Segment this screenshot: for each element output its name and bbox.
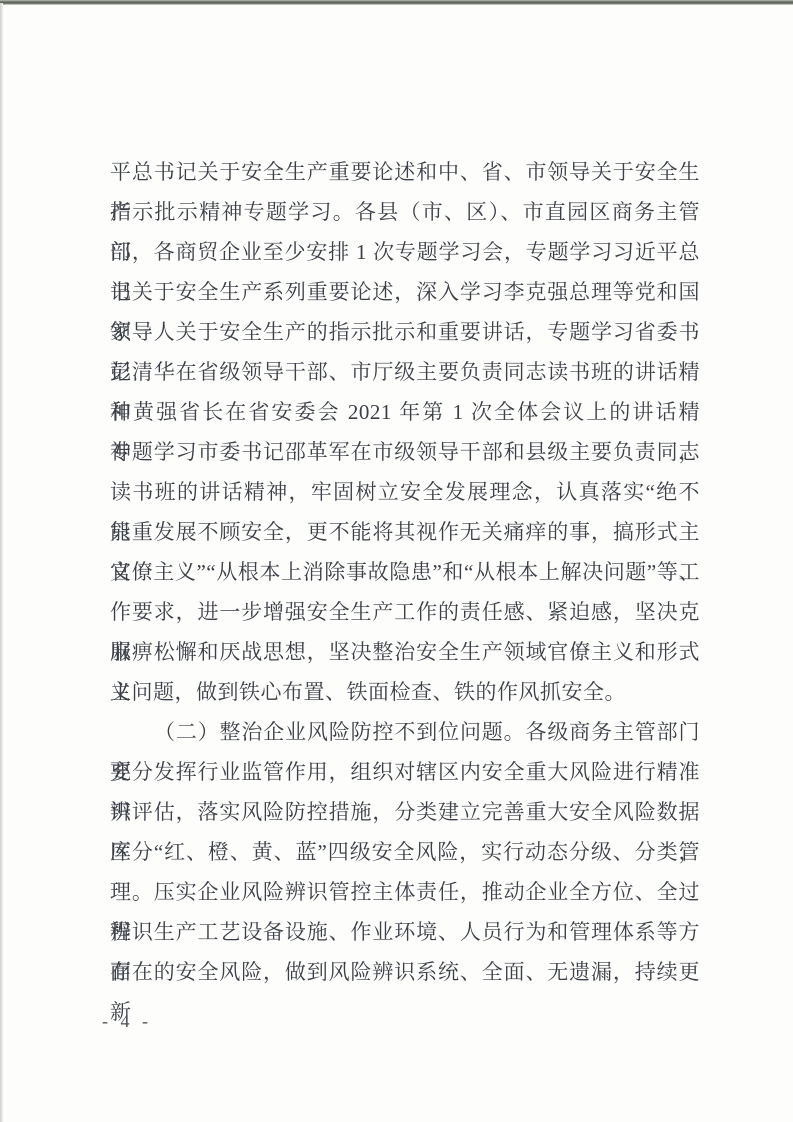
text-line: 作要求，进一步增强安全生产工作的责任感、紧迫感，坚决克服 [110,592,700,632]
text-line: 理。压实企业风险辨识管控主体责任，推动企业全方位、全过程 [110,872,700,912]
paragraph-item-two: （二）整治企业风险防控不到位问题。各级商务主管部门要 充分发挥行业监管作用，组织… [110,712,700,992]
text-line: 区分“红、橙、黄、蓝”四级安全风险，实行动态分级、分类管 [110,832,700,872]
text-line: 麻痹松懈和厌战思想，坚决整治安全生产领域官僚主义和形式主 [110,632,700,672]
document-body: 平总书记关于安全生产重要论述和中、省、市领导关于安全生产 指示批示精神专题学习。… [110,152,700,992]
scan-edge-left [0,3,3,1122]
text-line: （二）整治企业风险防控不到位问题。各级商务主管部门要 [110,712,700,752]
text-line: 义问题，做到铁心布置、铁面检查、铁的作风抓安全。 [110,672,700,712]
paragraph-continuation: 平总书记关于安全生产重要论述和中、省、市领导关于安全生产 指示批示精神专题学习。… [110,152,700,712]
page-number: - 4 - [102,1006,152,1036]
text-line: 彭清华在省级领导干部、市厅级主要负责同志读书班的讲话精神 [110,352,700,392]
text-line: 平总书记关于安全生产重要论述和中、省、市领导关于安全生产 [110,152,700,192]
text-line: 指示批示精神专题学习。各县（市、区）、市直园区商务主管部 [110,192,700,232]
text-line: 辨识生产工艺设备设施、作业环境、人员行为和管理体系等方面 [110,912,700,952]
text-line: 存在的安全风险，做到风险辨识系统、全面、无遗漏，持续更新 [110,952,700,992]
text-line: 和黄强省长在省安委会 2021 年第 1 次全体会议上的讲话精神， [110,392,700,432]
scan-edge-top [0,0,793,5]
text-line: 只重发展不顾安全，更不能将其视作无关痛痒的事，搞形式主义、 [110,512,700,552]
text-line: 门，各商贸企业至少安排 1 次专题学习会，专题学习习近平总书 [110,232,700,272]
text-line: 记关于安全生产系列重要论述，深入学习李克强总理等党和国家 [110,272,700,312]
text-line: 官僚主义”“从根本上消除事故隐患”和“从根本上解决问题”等工 [110,552,700,592]
scanned-document-page: 平总书记关于安全生产重要论述和中、省、市领导关于安全生产 指示批示精神专题学习。… [0,0,793,1122]
text-line: 充分发挥行业监管作用，组织对辖区内安全重大风险进行精准辨 [110,752,700,792]
text-line: 专题学习市委书记邵革军在市级领导干部和县级主要负责同志 [110,432,700,472]
text-line: 识评估，落实风险防控措施，分类建立完善重大安全风险数据库， [110,792,700,832]
text-line: 领导人关于安全生产的指示批示和重要讲话，专题学习省委书记 [110,312,700,352]
text-line: 读书班的讲话精神，牢固树立安全发展理念，认真落实“绝不能 [110,472,700,512]
